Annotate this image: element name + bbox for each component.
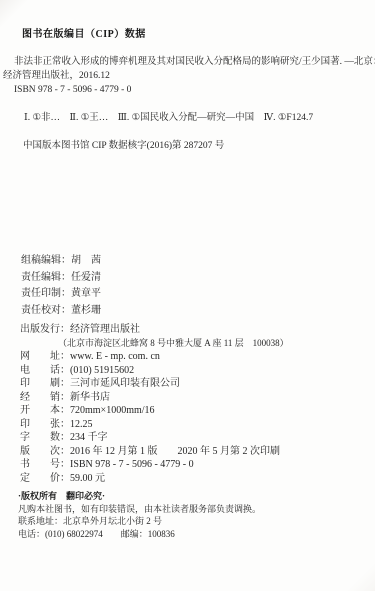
pub-label: 开 本： xyxy=(20,405,70,416)
pub-label: 出版发行： xyxy=(20,324,70,335)
cip-description-line2: 经济管理出版社，2016.12 xyxy=(3,69,374,83)
staff-label: 责任校对： xyxy=(21,305,71,316)
staff-value: 黄章平 xyxy=(71,288,101,299)
book-copyright-page: 图书在版编目（CIP）数据 非法非正常收入形成的博弈机理及其对国民收入分配格局的… xyxy=(0,0,375,591)
pub-row-publisher: 出版发行：经济管理出版社 xyxy=(20,323,289,337)
pub-label: 印 刷： xyxy=(20,378,70,389)
pub-value: www. E - mp. com. cn xyxy=(70,351,160,362)
pub-label: 版 次： xyxy=(20,446,70,457)
pub-row-edition: 版 次：2016 年 12 月第 1 版 2020 年 5 月第 2 次印刷 xyxy=(20,445,289,459)
copyright-notice: ·版权所有 翻印必究· xyxy=(18,490,261,503)
pub-row-distributor: 经 销：新华书店 xyxy=(20,391,289,405)
staff-row-responsible-editor: 责任编辑：任爱清 xyxy=(21,270,101,287)
copyright-contact-phone: 电话：(010) 68022974 邮编：100836 xyxy=(18,528,261,541)
staff-label: 组稿编辑： xyxy=(21,255,71,266)
cip-record-number: 中国版本图书馆 CIP 数据核字(2016)第 287207 号 xyxy=(23,137,224,151)
pub-value: 59.00 元 xyxy=(70,473,105,484)
pub-value: 经济管理出版社 xyxy=(70,324,140,335)
publisher-address: （北京市海淀区北蜂窝 8 号中雅大厦 A 座 11 层 100038） xyxy=(20,337,289,351)
pub-row-format: 开 本：720mm×1000mm/16 xyxy=(20,404,289,418)
pub-label: 定 价： xyxy=(20,473,70,484)
staff-value: 董杉珊 xyxy=(71,305,101,316)
pub-value: 新华书店 xyxy=(70,392,110,403)
pub-value: 234 千字 xyxy=(70,432,108,443)
pub-row-isbn: 书 号：ISBN 978 - 7 - 5096 - 4779 - 0 xyxy=(20,458,289,472)
pub-label: 网 址： xyxy=(20,351,70,362)
copyright-block: ·版权所有 翻印必究· 凡购本社图书，如有印装错误，由本社读者服务部负责调换。 … xyxy=(18,490,261,540)
staff-row-print-supervisor: 责任印制：黄章平 xyxy=(21,286,101,303)
pub-value: 三河市延风印装有限公司 xyxy=(70,378,180,389)
pub-value: 720mm×1000mm/16 xyxy=(70,405,155,416)
staff-label: 责任编辑： xyxy=(21,272,71,283)
pub-row-printer: 印 刷：三河市延风印装有限公司 xyxy=(20,377,289,391)
copyright-exchange-note: 凡购本社图书，如有印装错误，由本社读者服务部负责调换。 xyxy=(18,503,261,516)
pub-value: 12.25 xyxy=(70,419,93,430)
cip-heading: 图书在版编目（CIP）数据 xyxy=(22,25,146,40)
staff-row-acquisition-editor: 组稿编辑：胡 茜 xyxy=(21,253,101,270)
staff-value: 胡 茜 xyxy=(71,255,101,266)
cip-classification: Ⅰ. ①非… Ⅱ. ①王… Ⅲ. ①国民收入分配—研究—中国 Ⅳ. ①F124.… xyxy=(24,109,313,123)
pub-value: 2016 年 12 月第 1 版 2020 年 5 月第 2 次印刷 xyxy=(70,446,280,457)
cip-description: 非法非正常收入形成的博弈机理及其对国民收入分配格局的影响研究/王少国著. —北京… xyxy=(3,55,374,97)
pub-label: 印 张： xyxy=(20,419,70,430)
pub-label: 书 号： xyxy=(20,459,70,470)
pub-value: (010) 51915602 xyxy=(70,365,134,376)
pub-row-sheets: 印 张：12.25 xyxy=(20,418,289,432)
pub-value: ISBN 978 - 7 - 5096 - 4779 - 0 xyxy=(70,459,194,470)
pub-row-phone: 电 话：(010) 51915602 xyxy=(20,364,289,378)
pub-label: 经 销： xyxy=(20,392,70,403)
publication-block: 出版发行：经济管理出版社 （北京市海淀区北蜂窝 8 号中雅大厦 A 座 11 层… xyxy=(20,323,289,485)
staff-label: 责任印制： xyxy=(21,288,71,299)
cip-description-line1: 非法非正常收入形成的博弈机理及其对国民收入分配格局的影响研究/王少国著. —北京… xyxy=(3,55,374,69)
staff-row-proofreader: 责任校对：董杉珊 xyxy=(21,303,101,320)
pub-label: 字 数： xyxy=(20,432,70,443)
pub-row-wordcount: 字 数：234 千字 xyxy=(20,431,289,445)
staff-value: 任爱清 xyxy=(71,272,101,283)
staff-block: 组稿编辑：胡 茜 责任编辑：任爱清 责任印制：黄章平 责任校对：董杉珊 xyxy=(21,253,101,319)
pub-row-price: 定 价：59.00 元 xyxy=(20,472,289,486)
pub-label: 电 话： xyxy=(20,365,70,376)
copyright-contact-address: 联系地址：北京阜外月坛北小街 2 号 xyxy=(18,515,261,528)
cip-isbn: ISBN 978 - 7 - 5096 - 4779 - 0 xyxy=(3,83,374,97)
pub-row-website: 网 址：www. E - mp. com. cn xyxy=(20,350,289,364)
